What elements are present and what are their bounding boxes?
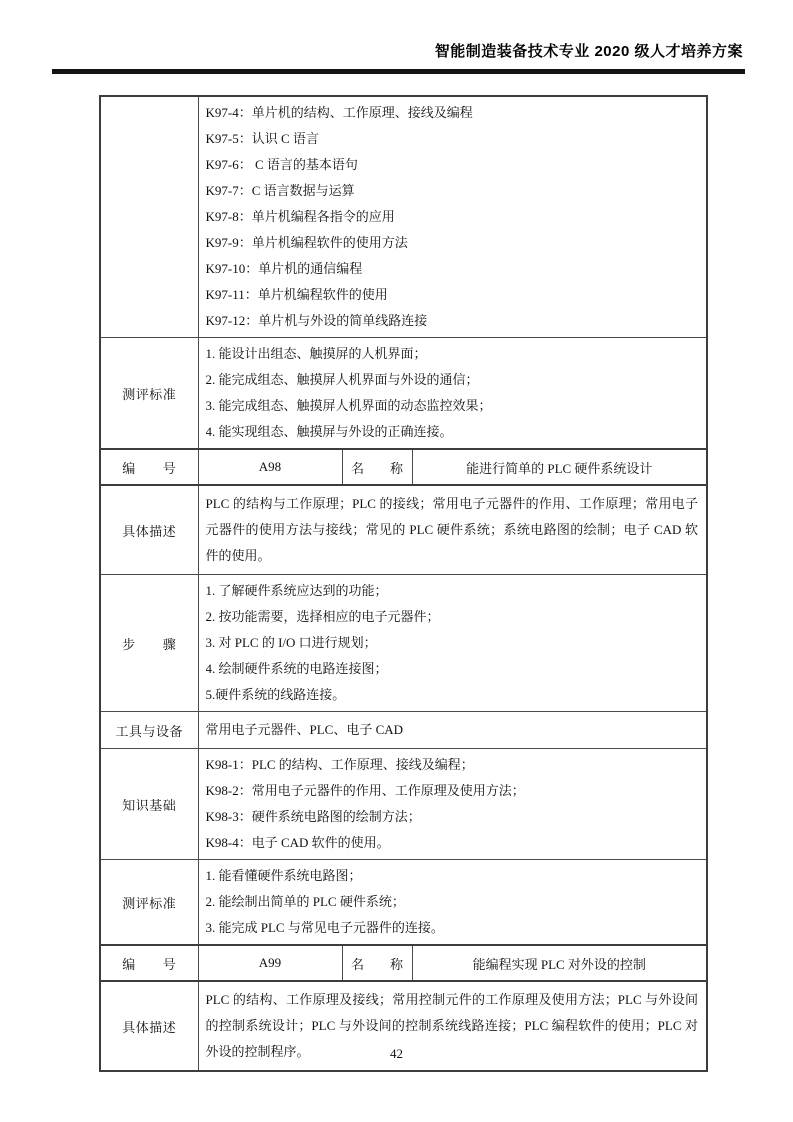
content-line: K98-1：PLC 的结构、工作原理、接线及编程； — [206, 752, 699, 778]
row-label: 编 号 — [100, 945, 198, 981]
row-content: 1. 了解硬件系统应达到的功能；2. 按功能需要，选择相应的电子元器件；3. 对… — [198, 575, 707, 712]
task-id-value: A98 — [198, 449, 342, 485]
row-content: 1. 能看懂硬件系统电路图；2. 能绘制出简单的 PLC 硬件系统；3. 能完成… — [198, 860, 707, 946]
task-id-value: A99 — [198, 945, 342, 981]
header-double-rule — [52, 69, 745, 74]
table-row: K97-4：单片机的结构、工作原理、接线及编程K97-5：认识 C 语言K97-… — [100, 96, 707, 338]
row-label: 具体描述 — [100, 485, 198, 575]
content-line: K97-5：认识 C 语言 — [206, 126, 699, 152]
content-line: K97-7：C 语言数据与运算 — [206, 178, 699, 204]
row-label: 测评标准 — [100, 860, 198, 946]
row-paragraph: 常用电子元器件、PLC、电子 CAD — [198, 712, 707, 749]
row-paragraph: PLC 的结构与工作原理；PLC 的接线；常用电子元器件的作用、工作原理；常用电… — [198, 485, 707, 575]
row-label: 步 骤 — [100, 575, 198, 712]
table-row: 测评标准1. 能设计出组态、触摸屏的人机界面；2. 能完成组态、触摸屏人机界面与… — [100, 338, 707, 450]
row-content: K97-4：单片机的结构、工作原理、接线及编程K97-5：认识 C 语言K97-… — [198, 96, 707, 338]
content-line: 2. 能完成组态、触摸屏人机界面与外设的通信； — [206, 367, 699, 393]
content-line: K97-9：单片机编程软件的使用方法 — [206, 230, 699, 256]
table-row: 测评标准1. 能看懂硬件系统电路图；2. 能绘制出简单的 PLC 硬件系统；3.… — [100, 860, 707, 946]
content-line: K98-2：常用电子元器件的作用、工作原理及使用方法； — [206, 778, 699, 804]
content-line: 2. 能绘制出简单的 PLC 硬件系统； — [206, 889, 699, 915]
training-task-table: K97-4：单片机的结构、工作原理、接线及编程K97-5：认识 C 语言K97-… — [99, 95, 708, 1072]
content-line: 5.硬件系统的线路连接。 — [206, 682, 699, 708]
content-line: K97-6： C 语言的基本语句 — [206, 152, 699, 178]
page-number: 42 — [0, 1046, 793, 1062]
content-line: 4. 能实现组态、触摸屏与外设的正确连接。 — [206, 419, 699, 445]
table-row: 工具与设备常用电子元器件、PLC、电子 CAD — [100, 712, 707, 749]
document-header-title: 智能制造装备技术专业 2020 级人才培养方案 — [435, 43, 743, 60]
task-name-label: 名 称 — [342, 449, 412, 485]
content-line: 4. 绘制硬件系统的电路连接图； — [206, 656, 699, 682]
row-content: K98-1：PLC 的结构、工作原理、接线及编程；K98-2：常用电子元器件的作… — [198, 749, 707, 860]
content-line: K97-4：单片机的结构、工作原理、接线及编程 — [206, 100, 699, 126]
row-label: 工具与设备 — [100, 712, 198, 749]
task-name-value: 能编程实现 PLC 对外设的控制 — [412, 945, 707, 981]
page-header: 智能制造装备技术专业 2020 级人才培养方案 — [0, 0, 793, 61]
content-line: K97-12：单片机与外设的简单线路连接 — [206, 308, 699, 334]
content-line: 1. 了解硬件系统应达到的功能； — [206, 578, 699, 604]
row-label: 知识基础 — [100, 749, 198, 860]
row-label: 测评标准 — [100, 338, 198, 450]
content-line: 3. 能完成 PLC 与常见电子元器件的连接。 — [206, 915, 699, 941]
content-line: 2. 按功能需要，选择相应的电子元器件； — [206, 604, 699, 630]
content-line: 3. 对 PLC 的 I/O 口进行规划； — [206, 630, 699, 656]
table-row: 编 号A98名 称能进行简单的 PLC 硬件系统设计 — [100, 449, 707, 485]
task-name-label: 名 称 — [342, 945, 412, 981]
content-line: 1. 能看懂硬件系统电路图； — [206, 863, 699, 889]
row-label — [100, 96, 198, 338]
table-row: 步 骤1. 了解硬件系统应达到的功能；2. 按功能需要，选择相应的电子元器件；3… — [100, 575, 707, 712]
content-line: K98-4：电子 CAD 软件的使用。 — [206, 830, 699, 856]
content-line: 1. 能设计出组态、触摸屏的人机界面； — [206, 341, 699, 367]
table-row: 知识基础K98-1：PLC 的结构、工作原理、接线及编程；K98-2：常用电子元… — [100, 749, 707, 860]
content-line: 3. 能完成组态、触摸屏人机界面的动态监控效果； — [206, 393, 699, 419]
row-content: 1. 能设计出组态、触摸屏的人机界面；2. 能完成组态、触摸屏人机界面与外设的通… — [198, 338, 707, 450]
document-page: { "page": { "header_title": "智能制造装备技术专业 … — [0, 0, 793, 1122]
task-name-value: 能进行简单的 PLC 硬件系统设计 — [412, 449, 707, 485]
content-line: K97-8：单片机编程各指令的应用 — [206, 204, 699, 230]
table-row: 编 号A99名 称能编程实现 PLC 对外设的控制 — [100, 945, 707, 981]
training-task-table-body: K97-4：单片机的结构、工作原理、接线及编程K97-5：认识 C 语言K97-… — [100, 96, 707, 1071]
content-line: K98-3：硬件系统电路图的绘制方法； — [206, 804, 699, 830]
table-row: 具体描述PLC 的结构与工作原理；PLC 的接线；常用电子元器件的作用、工作原理… — [100, 485, 707, 575]
content-line: K97-11：单片机编程软件的使用 — [206, 282, 699, 308]
content-line: K97-10：单片机的通信编程 — [206, 256, 699, 282]
row-label: 编 号 — [100, 449, 198, 485]
